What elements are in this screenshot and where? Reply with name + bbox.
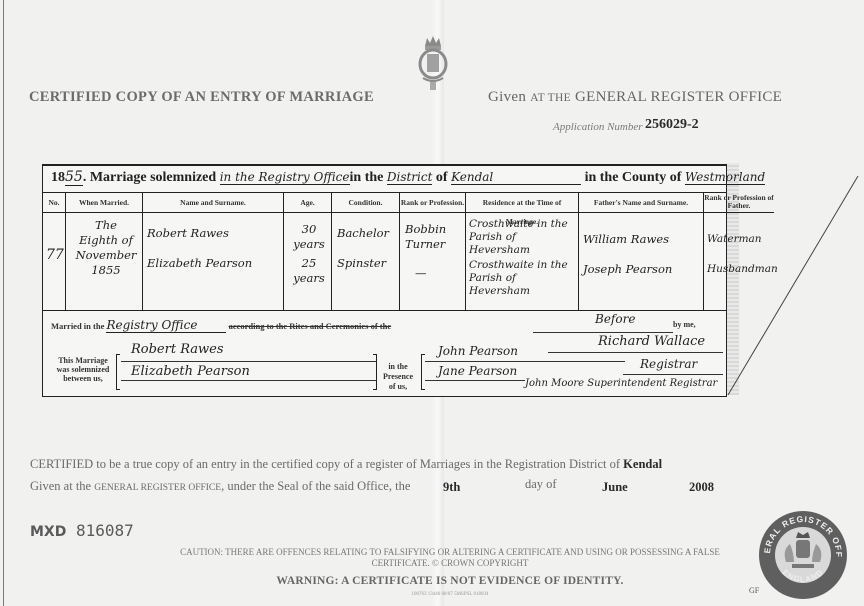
registration-district: Kendal (623, 457, 662, 471)
certification-year: 2008 (689, 480, 714, 495)
cancellation-stroke (0, 0, 864, 606)
warning-notice: WARNING: A CERTIFICATE IS NOT EVIDENCE O… (170, 575, 730, 587)
certified-text: to be a true copy of an entry in the cer… (93, 457, 620, 471)
print-code: 100763 13446 08/07 5MSPSL 018034 (170, 592, 730, 597)
certification-line-2: Given at the General Register Office, un… (30, 479, 410, 494)
gro-name: General Register Office (94, 483, 221, 493)
caution-notice: CAUTION: THERE ARE OFFENCES RELATING TO … (170, 547, 730, 569)
serial-number: MXD 816087 (30, 521, 134, 540)
certification-month: June (602, 480, 628, 495)
serial-prefix: MXD (30, 524, 66, 540)
gro-seal-icon: GENERAL REGISTER OFFICE ENGLAND (758, 510, 848, 600)
certification-day: 9th (443, 480, 460, 495)
day-of-label: day of (525, 477, 557, 492)
certified-lead: CERTIFIED (30, 457, 93, 471)
given-at: Given at the (30, 479, 94, 493)
serial-digits: 816087 (76, 521, 134, 540)
under-seal-text: , under the Seal of the said Office, the (221, 479, 410, 493)
certification-line-1: CERTIFIED to be a true copy of an entry … (30, 457, 662, 472)
issuer-initials: GF (749, 586, 759, 595)
